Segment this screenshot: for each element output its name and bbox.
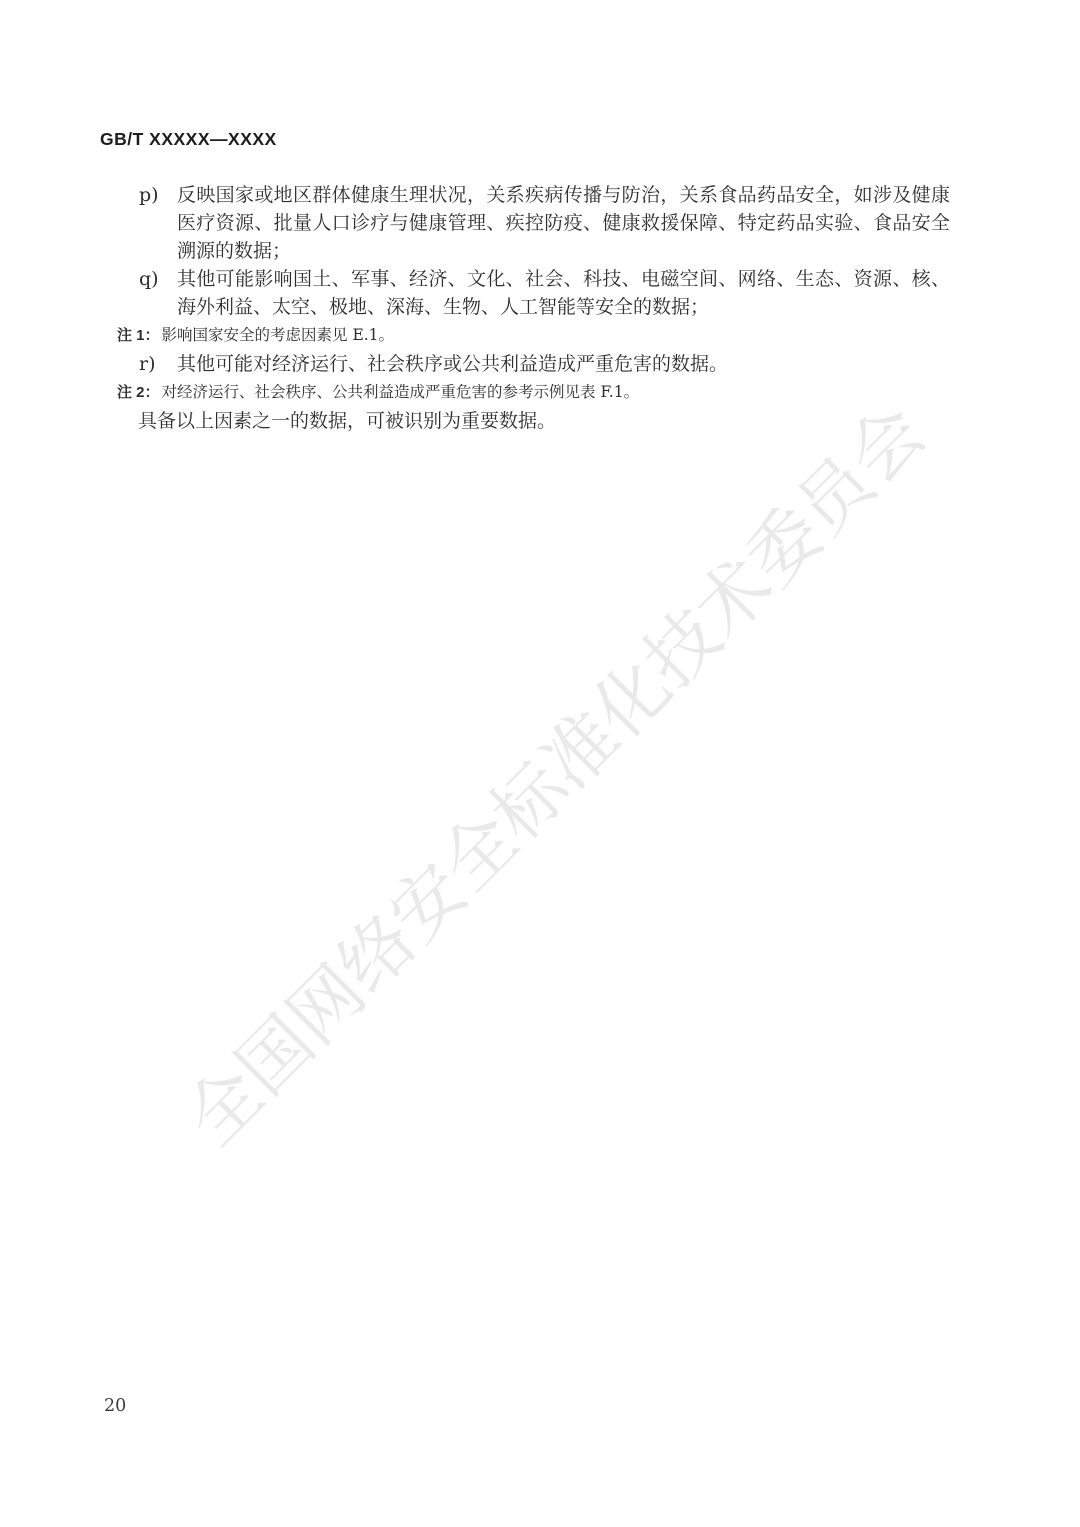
list-item-label: p) [139,181,159,209]
closing-paragraph: 具备以上因素之一的数据，可被识别为重要数据。 [138,407,950,435]
list-item-text: 其他可能对经济运行、社会秩序或公共利益造成严重危害的数据。 [177,353,728,375]
list-item-text: 其他可能影响国土、军事、经济、文化、社会、科技、电磁空间、网络、生态、资源、核、… [177,268,950,318]
list-item-p: p) 反映国家或地区群体健康生理状况，关系疾病传播与防治，关系食品药品安全，如涉… [138,181,950,265]
note-1: 注 1：影响国家安全的考虑因素见 E.1。 [117,321,950,350]
note-label: 注 1： [117,327,160,344]
note-text: 影响国家安全的考虑因素见 E.1。 [162,326,395,344]
standard-number-header: GB/T XXXXX—XXXX [100,129,277,150]
note-2: 注 2：对经济运行、社会秩序、公共利益造成严重危害的参考示例见表 F.1。 [117,378,950,407]
document-page: 全国网络安全标准化技术委员会 GB/T XXXXX—XXXX p) 反映国家或地… [0,0,1080,1527]
list-item-label: q) [139,265,159,293]
diagonal-watermark-text: 全国网络安全标准化技术委员会 [158,378,944,1164]
note-label: 注 2： [117,384,160,401]
document-body: p) 反映国家或地区群体健康生理状况，关系疾病传播与防治，关系食品药品安全，如涉… [100,181,950,435]
list-item-label: r) [139,350,156,378]
list-item-r: r) 其他可能对经济运行、社会秩序或公共利益造成严重危害的数据。 [138,350,950,378]
list-item-text: 反映国家或地区群体健康生理状况，关系疾病传播与防治，关系食品药品安全，如涉及健康… [177,184,950,262]
page-number: 20 [104,1396,126,1416]
list-item-q: q) 其他可能影响国土、军事、经济、文化、社会、科技、电磁空间、网络、生态、资源… [138,265,950,321]
note-text: 对经济运行、社会秩序、公共利益造成严重危害的参考示例见表 F.1。 [162,383,640,401]
